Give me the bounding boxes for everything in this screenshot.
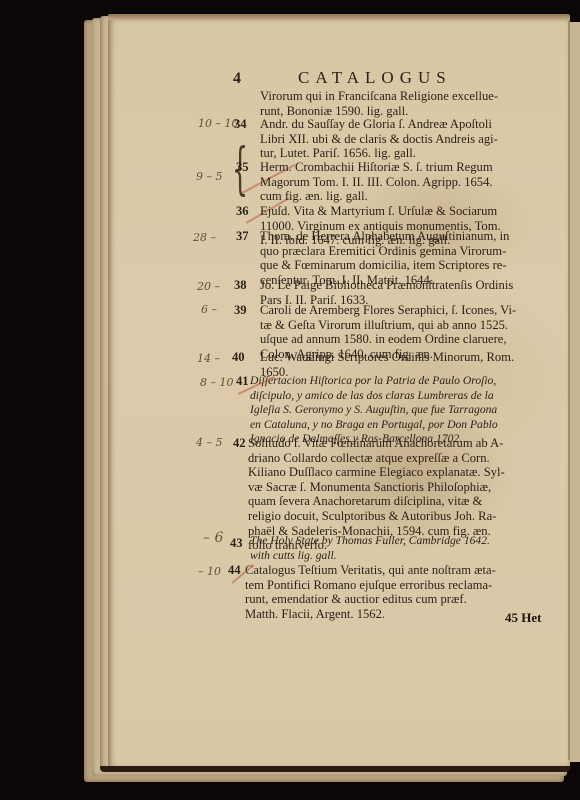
entry-number: 41 — [236, 374, 249, 389]
entry-line: Thom. de Herrera Alphabetum Auguſtinianu… — [260, 229, 540, 244]
entry-line: religio docuit, Sculptoribus & Autoribus… — [248, 509, 540, 524]
entry-line: Virorum qui in Franciſcana Religione exc… — [260, 89, 540, 104]
entry-number: 34 — [234, 117, 247, 132]
scanned-book-page: 4 CATALOGUS Virorum qui in Franciſcana R… — [0, 0, 580, 800]
entry-text: Catalogus Teſtium Veritatis, qui ante no… — [245, 563, 540, 621]
entry-number: 39 — [234, 303, 247, 318]
margin-annotation: 6 – — [201, 303, 217, 316]
entry-line: tur, Lutet. Pariſ. 1656. lig. gall. — [260, 146, 540, 161]
entry-line: quo præclara Eremitici Ordinis gemina Vi… — [260, 244, 540, 259]
entry-number: 37 — [236, 229, 249, 244]
entry-line: Caroli de Aremberg Flores Seraphici, ſ. … — [260, 303, 540, 318]
entry-line: Matth. Flacii, Argent. 1562. — [245, 607, 540, 622]
margin-annotation: 10 – 10 — [198, 117, 239, 130]
facing-page-sliver — [570, 22, 580, 762]
entry-text: Herm. Crombachii Hiſtoriæ S. ſ. trium Re… — [260, 160, 540, 204]
entry-line: Diſſertacion Hiſtorica por la Patria de … — [250, 374, 540, 389]
entry-line: væ Sacræ ſ. Monumenta Sanctioris Philoſo… — [248, 480, 540, 495]
entry-line: en Cataluna, y no Braga en Portugal, por… — [250, 418, 540, 433]
entry-line: The Holy State by Thomas Fuller, Cambrid… — [250, 534, 540, 549]
entry-line: Luc. Waddingi Scriptores Ordinis Minorum… — [260, 350, 540, 365]
entry-line: que & Fœminarum domicilia, item Scriptor… — [260, 258, 540, 273]
entry-number: 43 — [230, 536, 243, 551]
margin-annotation: 20 – — [197, 280, 220, 293]
margin-annotation: 28 – — [193, 231, 216, 244]
entry-line: cum fig. æn. lig. gall. — [260, 189, 540, 204]
margin-annotation: 4 – 5 — [196, 436, 223, 449]
margin-annotation: 8 – 10 — [200, 376, 234, 389]
running-title: CATALOGUS — [298, 68, 452, 88]
entry-line: tem Pontifici Romano ejuſque erroribus r… — [245, 578, 540, 593]
catchword: 45 Het — [505, 610, 541, 626]
entry-line: Jo. Le Paige Bibliotheca Præmonſtratenſi… — [260, 278, 540, 293]
entry-line: quam ſevera Anachoretarum diſciplina, vi… — [248, 494, 540, 509]
entry-line: runt, Bononiæ 1590. lig. gall. — [260, 104, 540, 119]
entry-number: 40 — [232, 350, 245, 365]
entry-line: Magorum Tom. I. II. III. Colon. Agripp. … — [260, 175, 540, 190]
entry-line: runt, emendatior & auctior editus cum pr… — [245, 592, 540, 607]
entry-line: Herm. Crombachii Hiſtoriæ S. ſ. trium Re… — [260, 160, 540, 175]
entry-number: 36 — [236, 204, 249, 219]
page-number: 4 — [233, 70, 241, 88]
entry-line: Kiliano Duſſlaco carmine Elegiaco explan… — [248, 465, 540, 480]
entry-line: driano Collardo collectæ atque expreſſæ … — [248, 451, 540, 466]
entry-number: 35 — [236, 160, 249, 175]
page-bottom-edge — [100, 766, 570, 772]
entry-number: 42 — [233, 436, 246, 451]
entry-line: Libri XII. ubi & de claris & doctis Andr… — [260, 132, 540, 147]
margin-annotation: – 6 — [203, 530, 223, 546]
entry-number: 38 — [234, 278, 247, 293]
page-header: 4 CATALOGUS — [0, 70, 580, 90]
entry-line: Catalogus Teſtium Veritatis, qui ante no… — [245, 563, 540, 578]
entry-line: Solitudo ſ. Vitæ Fœminarum Anachoretarum… — [248, 436, 540, 451]
margin-annotation: 9 – 5 — [196, 170, 223, 183]
entry-text: Virorum qui in Franciſcana Religione exc… — [260, 89, 540, 118]
entry-line: Andr. du Sauſſay de Gloria ſ. Andreæ Apo… — [260, 117, 540, 132]
entry-line: Igleſia S. Geronymo y S. Auguſtin, que f… — [250, 403, 540, 418]
entry-line: uſque ad annum 1580. in eodem Ordine cla… — [260, 332, 540, 347]
entry-text: Andr. du Sauſſay de Gloria ſ. Andreæ Apo… — [260, 117, 540, 161]
entry-line: Ejuſd. Vita & Martyrium ſ. Urſulæ & Soci… — [260, 204, 540, 219]
entry-line: diſcipulo, y amico de las dos claras Lum… — [250, 389, 540, 404]
margin-annotation: 14 – — [197, 352, 220, 365]
entry-line: with cutts lig. gall. — [250, 549, 540, 564]
margin-annotation: – 10 — [198, 565, 221, 578]
entry-text: The Holy State by Thomas Fuller, Cambrid… — [250, 534, 540, 563]
entry-line: tæ & Geſta Virorum illuſtrium, qui ab an… — [260, 318, 540, 333]
page-top-edge — [108, 14, 570, 20]
